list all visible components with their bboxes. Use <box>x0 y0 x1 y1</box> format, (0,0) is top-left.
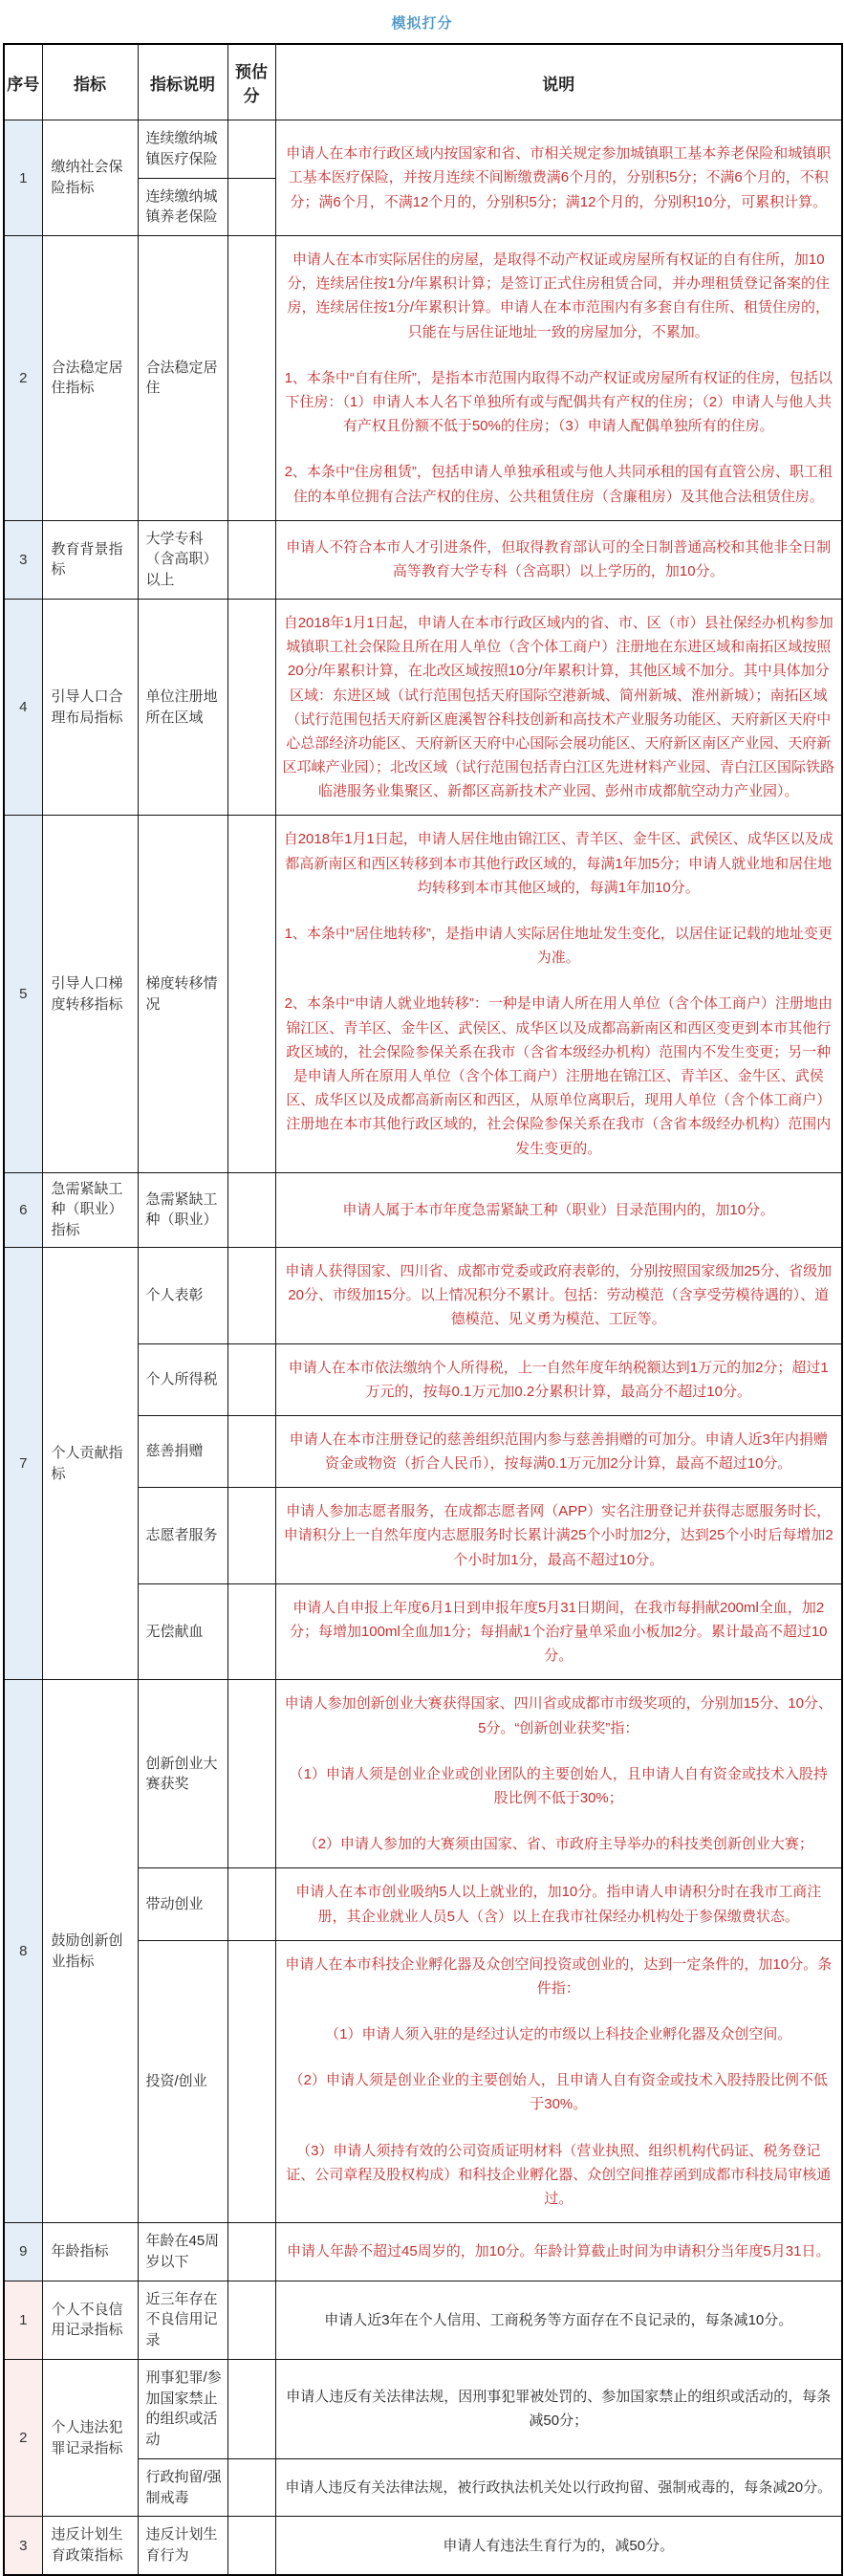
description-paragraph: （2）申请人须是创业企业的主要创始人，且申请人自有资金或技术入股持股比例不低于3… <box>283 2068 835 2116</box>
score-cell <box>227 236 275 521</box>
sub-label-cell: 慈善捐赠 <box>138 1415 227 1487</box>
table-row: 1缴纳社会保险指标连续缴纳城镇医疗保险申请人在本市行政区域内按国家和省、市相关规… <box>4 120 842 179</box>
row-number-cell: 8 <box>4 1680 42 2223</box>
row-number-cell: 6 <box>4 1172 42 1247</box>
column-header: 指标说明 <box>138 44 227 120</box>
sub-label-cell: 梯度转移情况 <box>138 816 227 1172</box>
description-cell: 自2018年1月1日起，申请人在本市行政区域内的省、市、区（市）县社保经办机构参… <box>275 599 842 816</box>
row-number-cell: 5 <box>4 816 42 1172</box>
table-row: 5引导人口梯度转移指标梯度转移情况自2018年1月1日起，申请人居住地由锦江区、… <box>4 816 842 1172</box>
description-cell: 申请人在本市科技企业孵化器及众创空间投资或创业的，达到一定条件的，加10分。条件… <box>275 1940 842 2223</box>
indicator-cell: 急需紧缺工种（职业）指标 <box>42 1172 138 1247</box>
description-paragraph: （3）申请人须持有效的公司资质证明材料（营业执照、组织机构代码证、税务登记证、公… <box>283 2139 835 2212</box>
score-cell <box>227 1488 275 1584</box>
description-cell: 申请人近3年在个人信用、工商税务等方面存在不良记录的，每条减10分。 <box>275 2281 842 2359</box>
description-paragraph: 申请人年龄不超过45周岁的，加10分。年龄计算截止时间为申请积分当年度5月31日… <box>283 2239 835 2263</box>
sub-label-cell: 违反计划生育行为 <box>138 2517 227 2575</box>
description-cell: 申请人参加志愿者服务，在成都志愿者网（APP）实名注册登记并获得志愿服务时长，申… <box>275 1488 842 1584</box>
indicator-cell: 教育背景指标 <box>42 520 138 599</box>
row-number-cell: 4 <box>4 599 42 816</box>
description-cell: 申请人获得国家、四川省、成都市党委或政府表彰的，分别按照国家级加25分、省级加2… <box>275 1247 842 1343</box>
description-paragraph: 申请人参加志愿者服务，在成都志愿者网（APP）实名注册登记并获得志愿服务时长，申… <box>283 1499 835 1572</box>
description-paragraph: 申请人有违法生育行为的，减50分。 <box>283 2534 835 2558</box>
description-paragraph: 2、本条中“申请人就业地转移”：一种是申请人所在用人单位（含个体工商户）注册地由… <box>283 992 835 1160</box>
description-paragraph: 申请人违反有关法律法规，因刑事犯罪被处罚的、参加国家禁止的组织或活动的，每条减5… <box>283 2385 835 2433</box>
indicator-cell: 缴纳社会保险指标 <box>42 120 138 236</box>
description-cell: 申请人在本市行政区域内按国家和省、市相关规定参加城镇职工基本养老保险和城镇职工基… <box>275 120 842 236</box>
description-cell: 申请人违反有关法律法规，被行政执法机关处以行政拘留、强制戒毒的，每条减20分。 <box>275 2458 842 2517</box>
description-cell: 申请人年龄不超过45周岁的，加10分。年龄计算截止时间为申请积分当年度5月31日… <box>275 2223 842 2281</box>
description-paragraph: 申请人获得国家、四川省、成都市党委或政府表彰的，分别按照国家级加25分、省级加2… <box>283 1259 835 1332</box>
indicator-cell: 引导人口梯度转移指标 <box>42 816 138 1172</box>
indicator-cell: 个人不良信用记录指标 <box>42 2281 138 2359</box>
score-cell <box>227 120 275 179</box>
sub-label-cell: 大学专科（含高职）以上 <box>138 520 227 599</box>
score-table: 序号指标指标说明预估分说明 1缴纳社会保险指标连续缴纳城镇医疗保险申请人在本市行… <box>3 43 843 2576</box>
score-cell <box>227 520 275 599</box>
sub-label-cell: 急需紧缺工种（职业） <box>138 1172 227 1247</box>
description-paragraph: 申请人在本市科技企业孵化器及众创空间投资或创业的，达到一定条件的，加10分。条件… <box>283 1953 835 2000</box>
table-row: 2合法稳定居住指标合法稳定居住申请人在本市实际居住的房屋，是取得不动产权证或房屋… <box>4 236 842 521</box>
column-header: 说明 <box>275 44 842 120</box>
row-number-cell: 9 <box>4 2223 42 2281</box>
description-paragraph: 自2018年1月1日起，申请人在本市行政区域内的省、市、区（市）县社保经办机构参… <box>283 611 835 804</box>
column-header: 预估分 <box>227 44 275 120</box>
description-paragraph: 自2018年1月1日起，申请人居住地由锦江区、青羊区、金牛区、武侯区、成华区以及… <box>283 827 835 900</box>
header-row: 序号指标指标说明预估分说明 <box>4 44 842 120</box>
description-cell: 自2018年1月1日起，申请人居住地由锦江区、青羊区、金牛区、武侯区、成华区以及… <box>275 816 842 1172</box>
description-cell: 申请人自申报上年度6月1日到申报年度5月31日期间，在我市每捐献200ml全血，… <box>275 1583 842 1680</box>
score-cell <box>227 2281 275 2359</box>
table-row: 4引导人口合理布局指标单位注册地所在区域自2018年1月1日起，申请人在本市行政… <box>4 599 842 816</box>
row-number-cell: 2 <box>4 236 42 521</box>
table-row: 3教育背景指标大学专科（含高职）以上申请人不符合本市人才引进条件，但取得教育部认… <box>4 520 842 599</box>
table-row: 6急需紧缺工种（职业）指标急需紧缺工种（职业）申请人属于本市年度急需紧缺工种（职… <box>4 1172 842 1247</box>
description-paragraph: 2、本条中“住房租赁”，包括申请人单独承租或与他人共同承租的国有直管公房、职工租… <box>283 460 835 508</box>
score-cell <box>227 2458 275 2517</box>
score-cell <box>227 1583 275 1680</box>
indicator-cell: 合法稳定居住指标 <box>42 236 138 521</box>
table-row: 7个人贡献指标个人表彰申请人获得国家、四川省、成都市党委或政府表彰的，分别按照国… <box>4 1247 842 1343</box>
description-paragraph: 申请人在本市创业吸纳5人以上就业的，加10分。指申请人申请积分时在我市工商注册，… <box>283 1880 835 1928</box>
description-paragraph: 1、本条中“居住地转移”，是指申请人实际居住地址发生变化，以居住证记载的地址变更… <box>283 922 835 970</box>
description-cell: 申请人不符合本市人才引进条件，但取得教育部认可的全日制普通高校和其他非全日制高等… <box>275 520 842 599</box>
score-cell <box>227 599 275 816</box>
sub-label-cell: 志愿者服务 <box>138 1488 227 1584</box>
column-header: 序号 <box>4 44 42 120</box>
score-cell <box>227 2359 275 2458</box>
row-number-cell: 2 <box>4 2359 42 2517</box>
score-cell <box>227 2517 275 2575</box>
description-paragraph: （2）申请人参加的大赛须由国家、省、市政府主导举办的科技类创新创业大赛； <box>283 1832 835 1856</box>
description-paragraph: 申请人在本市依法缴纳个人所得税，上一自然年度年纳税额达到1万元的加2分；超过1万… <box>283 1356 835 1404</box>
indicator-cell: 鼓励创新创业指标 <box>42 1680 138 2223</box>
description-paragraph: 1、本条中“自有住所”，是指本市范围内取得不动产权证或房屋所有权证的住房，包括以… <box>283 366 835 439</box>
indicator-cell: 年龄指标 <box>42 2223 138 2281</box>
column-header: 指标 <box>42 44 138 120</box>
table-row: 2个人违法犯罪记录指标刑事犯罪/参加国家禁止的组织或活动申请人违反有关法律法规，… <box>4 2359 842 2458</box>
sub-label-cell: 单位注册地所在区域 <box>138 599 227 816</box>
description-cell: 申请人在本市创业吸纳5人以上就业的，加10分。指申请人申请积分时在我市工商注册，… <box>275 1868 842 1940</box>
indicator-cell: 违反计划生育政策指标 <box>42 2517 138 2575</box>
description-paragraph: 申请人在本市行政区域内按国家和省、市相关规定参加城镇职工基本养老保险和城镇职工基… <box>283 142 835 214</box>
sub-label-cell: 个人表彰 <box>138 1247 227 1343</box>
description-cell: 申请人在本市实际居住的房屋，是取得不动产权证或房屋所有权证的自有住所，加10分，… <box>275 236 842 521</box>
description-cell: 申请人参加创新创业大赛获得国家、四川省或成都市市级奖项的，分别加15分、10分、… <box>275 1680 842 1868</box>
table-row: 8鼓励创新创业指标创新创业大赛获奖申请人参加创新创业大赛获得国家、四川省或成都市… <box>4 1680 842 1868</box>
score-cell <box>227 1680 275 1868</box>
sub-label-cell: 年龄在45周岁以下 <box>138 2223 227 2281</box>
table-row: 9年龄指标年龄在45周岁以下申请人年龄不超过45周岁的，加10分。年龄计算截止时… <box>4 2223 842 2281</box>
description-paragraph: （1）申请人须入驻的是经过认定的市级以上科技企业孵化器及众创空间。 <box>283 2022 835 2046</box>
page-title: 模拟打分 <box>0 0 844 43</box>
description-paragraph: （1）申请人须是创业企业或创业团队的主要创始人，且申请人自有资金或技术入股持股比… <box>283 1762 835 1810</box>
sub-label-cell: 带动创业 <box>138 1868 227 1940</box>
score-cell <box>227 1415 275 1487</box>
row-number-cell: 1 <box>4 2281 42 2359</box>
score-cell <box>227 1172 275 1247</box>
description-cell: 申请人违反有关法律法规，因刑事犯罪被处罚的、参加国家禁止的组织或活动的，每条减5… <box>275 2359 842 2458</box>
description-cell: 申请人在本市依法缴纳个人所得税，上一自然年度年纳税额达到1万元的加2分；超过1万… <box>275 1343 842 1415</box>
description-paragraph: 申请人在本市实际居住的房屋，是取得不动产权证或房屋所有权证的自有住所，加10分，… <box>283 248 835 344</box>
indicator-cell: 个人违法犯罪记录指标 <box>42 2359 138 2517</box>
description-paragraph: 申请人不符合本市人才引进条件，但取得教育部认可的全日制普通高校和其他非全日制高等… <box>283 535 835 583</box>
sub-label-cell: 无偿献血 <box>138 1583 227 1680</box>
indicator-cell: 引导人口合理布局指标 <box>42 599 138 816</box>
table-row: 1个人不良信用记录指标近三年存在不良信用记录申请人近3年在个人信用、工商税务等方… <box>4 2281 842 2359</box>
description-paragraph: 申请人属于本市年度急需紧缺工种（职业）目录范围内的，加10分。 <box>283 1198 835 1222</box>
sub-label-cell: 刑事犯罪/参加国家禁止的组织或活动 <box>138 2359 227 2458</box>
description-paragraph: 申请人违反有关法律法规，被行政执法机关处以行政拘留、强制戒毒的，每条减20分。 <box>283 2476 835 2500</box>
sub-label-cell: 近三年存在不良信用记录 <box>138 2281 227 2359</box>
description-cell: 申请人在本市注册登记的慈善组织范围内参与慈善捐赠的可加分。申请人近3年内捐赠资金… <box>275 1415 842 1487</box>
description-paragraph: 申请人自申报上年度6月1日到申报年度5月31日期间，在我市每捐献200ml全血，… <box>283 1596 835 1669</box>
sub-label-cell: 连续缴纳城镇医疗保险 <box>138 120 227 179</box>
score-cell <box>227 1343 275 1415</box>
score-cell <box>227 178 275 236</box>
description-paragraph: 申请人在本市注册登记的慈善组织范围内参与慈善捐赠的可加分。申请人近3年内捐赠资金… <box>283 1428 835 1475</box>
sub-label-cell: 连续缴纳城镇养老保险 <box>138 178 227 236</box>
sub-label-cell: 个人所得税 <box>138 1343 227 1415</box>
score-cell <box>227 1868 275 1940</box>
page: 模拟打分 序号指标指标说明预估分说明 1缴纳社会保险指标连续缴纳城镇医疗保险申请… <box>0 0 844 2576</box>
row-number-cell: 3 <box>4 520 42 599</box>
description-paragraph: 申请人近3年在个人信用、工商税务等方面存在不良记录的，每条减10分。 <box>283 2308 835 2332</box>
sub-label-cell: 投资/创业 <box>138 1940 227 2223</box>
row-number-cell: 3 <box>4 2517 42 2575</box>
sub-label-cell: 合法稳定居住 <box>138 236 227 521</box>
score-cell <box>227 2223 275 2281</box>
score-cell <box>227 816 275 1172</box>
score-cell <box>227 1247 275 1343</box>
sub-label-cell: 行政拘留/强制戒毒 <box>138 2458 227 2517</box>
score-cell <box>227 1940 275 2223</box>
sub-label-cell: 创新创业大赛获奖 <box>138 1680 227 1868</box>
row-number-cell: 7 <box>4 1247 42 1679</box>
indicator-cell: 个人贡献指标 <box>42 1247 138 1679</box>
description-cell: 申请人属于本市年度急需紧缺工种（职业）目录范围内的，加10分。 <box>275 1172 842 1247</box>
description-paragraph: 申请人参加创新创业大赛获得国家、四川省或成都市市级奖项的，分别加15分、10分、… <box>283 1692 835 1739</box>
row-number-cell: 1 <box>4 120 42 236</box>
description-cell: 申请人有违法生育行为的，减50分。 <box>275 2517 842 2575</box>
table-row: 3违反计划生育政策指标违反计划生育行为申请人有违法生育行为的，减50分。 <box>4 2517 842 2575</box>
